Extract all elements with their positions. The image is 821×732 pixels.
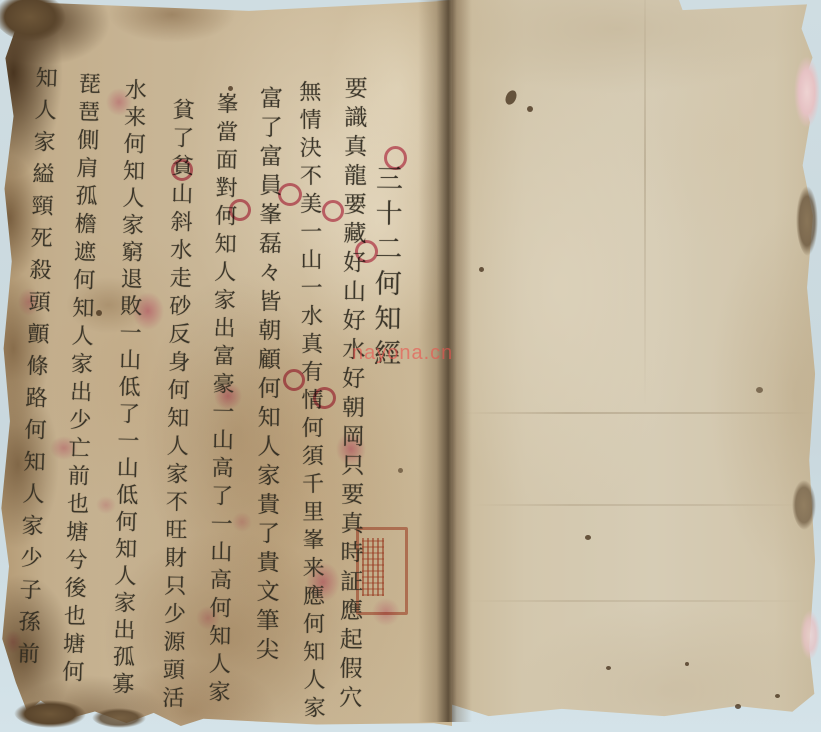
paper-speck <box>735 704 741 709</box>
emphasis-circle-mark <box>171 159 193 181</box>
text-column-3: 富了富員峯磊々皆朝顧何知人家貴了貴文筆尖 <box>249 86 286 666</box>
paper-speck <box>685 662 689 666</box>
torn-edge-fragment <box>14 700 86 728</box>
paper-speck <box>527 106 533 112</box>
torn-edge-fragment <box>800 610 820 660</box>
paper-speck <box>775 694 780 698</box>
emphasis-circle-mark <box>384 146 407 170</box>
right-page <box>452 0 818 719</box>
paper-speck <box>228 86 233 91</box>
paper-crease <box>466 600 806 602</box>
paper-speck <box>606 666 611 670</box>
paper-speck <box>398 468 403 473</box>
torn-edge-fragment <box>792 480 816 530</box>
paper-speck <box>96 310 102 316</box>
manuscript-photo: 三十二何知經 要識真龍要藏好山好水好朝岡只要真時証應起假穴 無情決不美一山一水真… <box>0 0 821 732</box>
emphasis-circle-mark <box>322 200 344 222</box>
paper-crease <box>472 504 802 506</box>
small-annotation: 穴 <box>347 196 366 209</box>
torn-edge-fragment <box>0 0 66 42</box>
emphasis-circle-mark <box>283 369 305 391</box>
text-column-1: 要識真龍要藏好山好水好朝岡只要真時証應起假穴 <box>332 76 371 714</box>
paper-speck <box>479 267 484 272</box>
paper-speck <box>756 387 763 393</box>
paper-crease <box>462 412 812 414</box>
torn-edge-fragment <box>796 186 818 256</box>
torn-edge-fragment <box>92 708 146 728</box>
paper-crease <box>644 0 646 408</box>
paper-speck <box>585 535 591 540</box>
emphasis-circle-mark <box>278 183 302 206</box>
torn-edge-fragment <box>794 56 820 128</box>
watermark-text: nayona.cn <box>352 342 453 365</box>
